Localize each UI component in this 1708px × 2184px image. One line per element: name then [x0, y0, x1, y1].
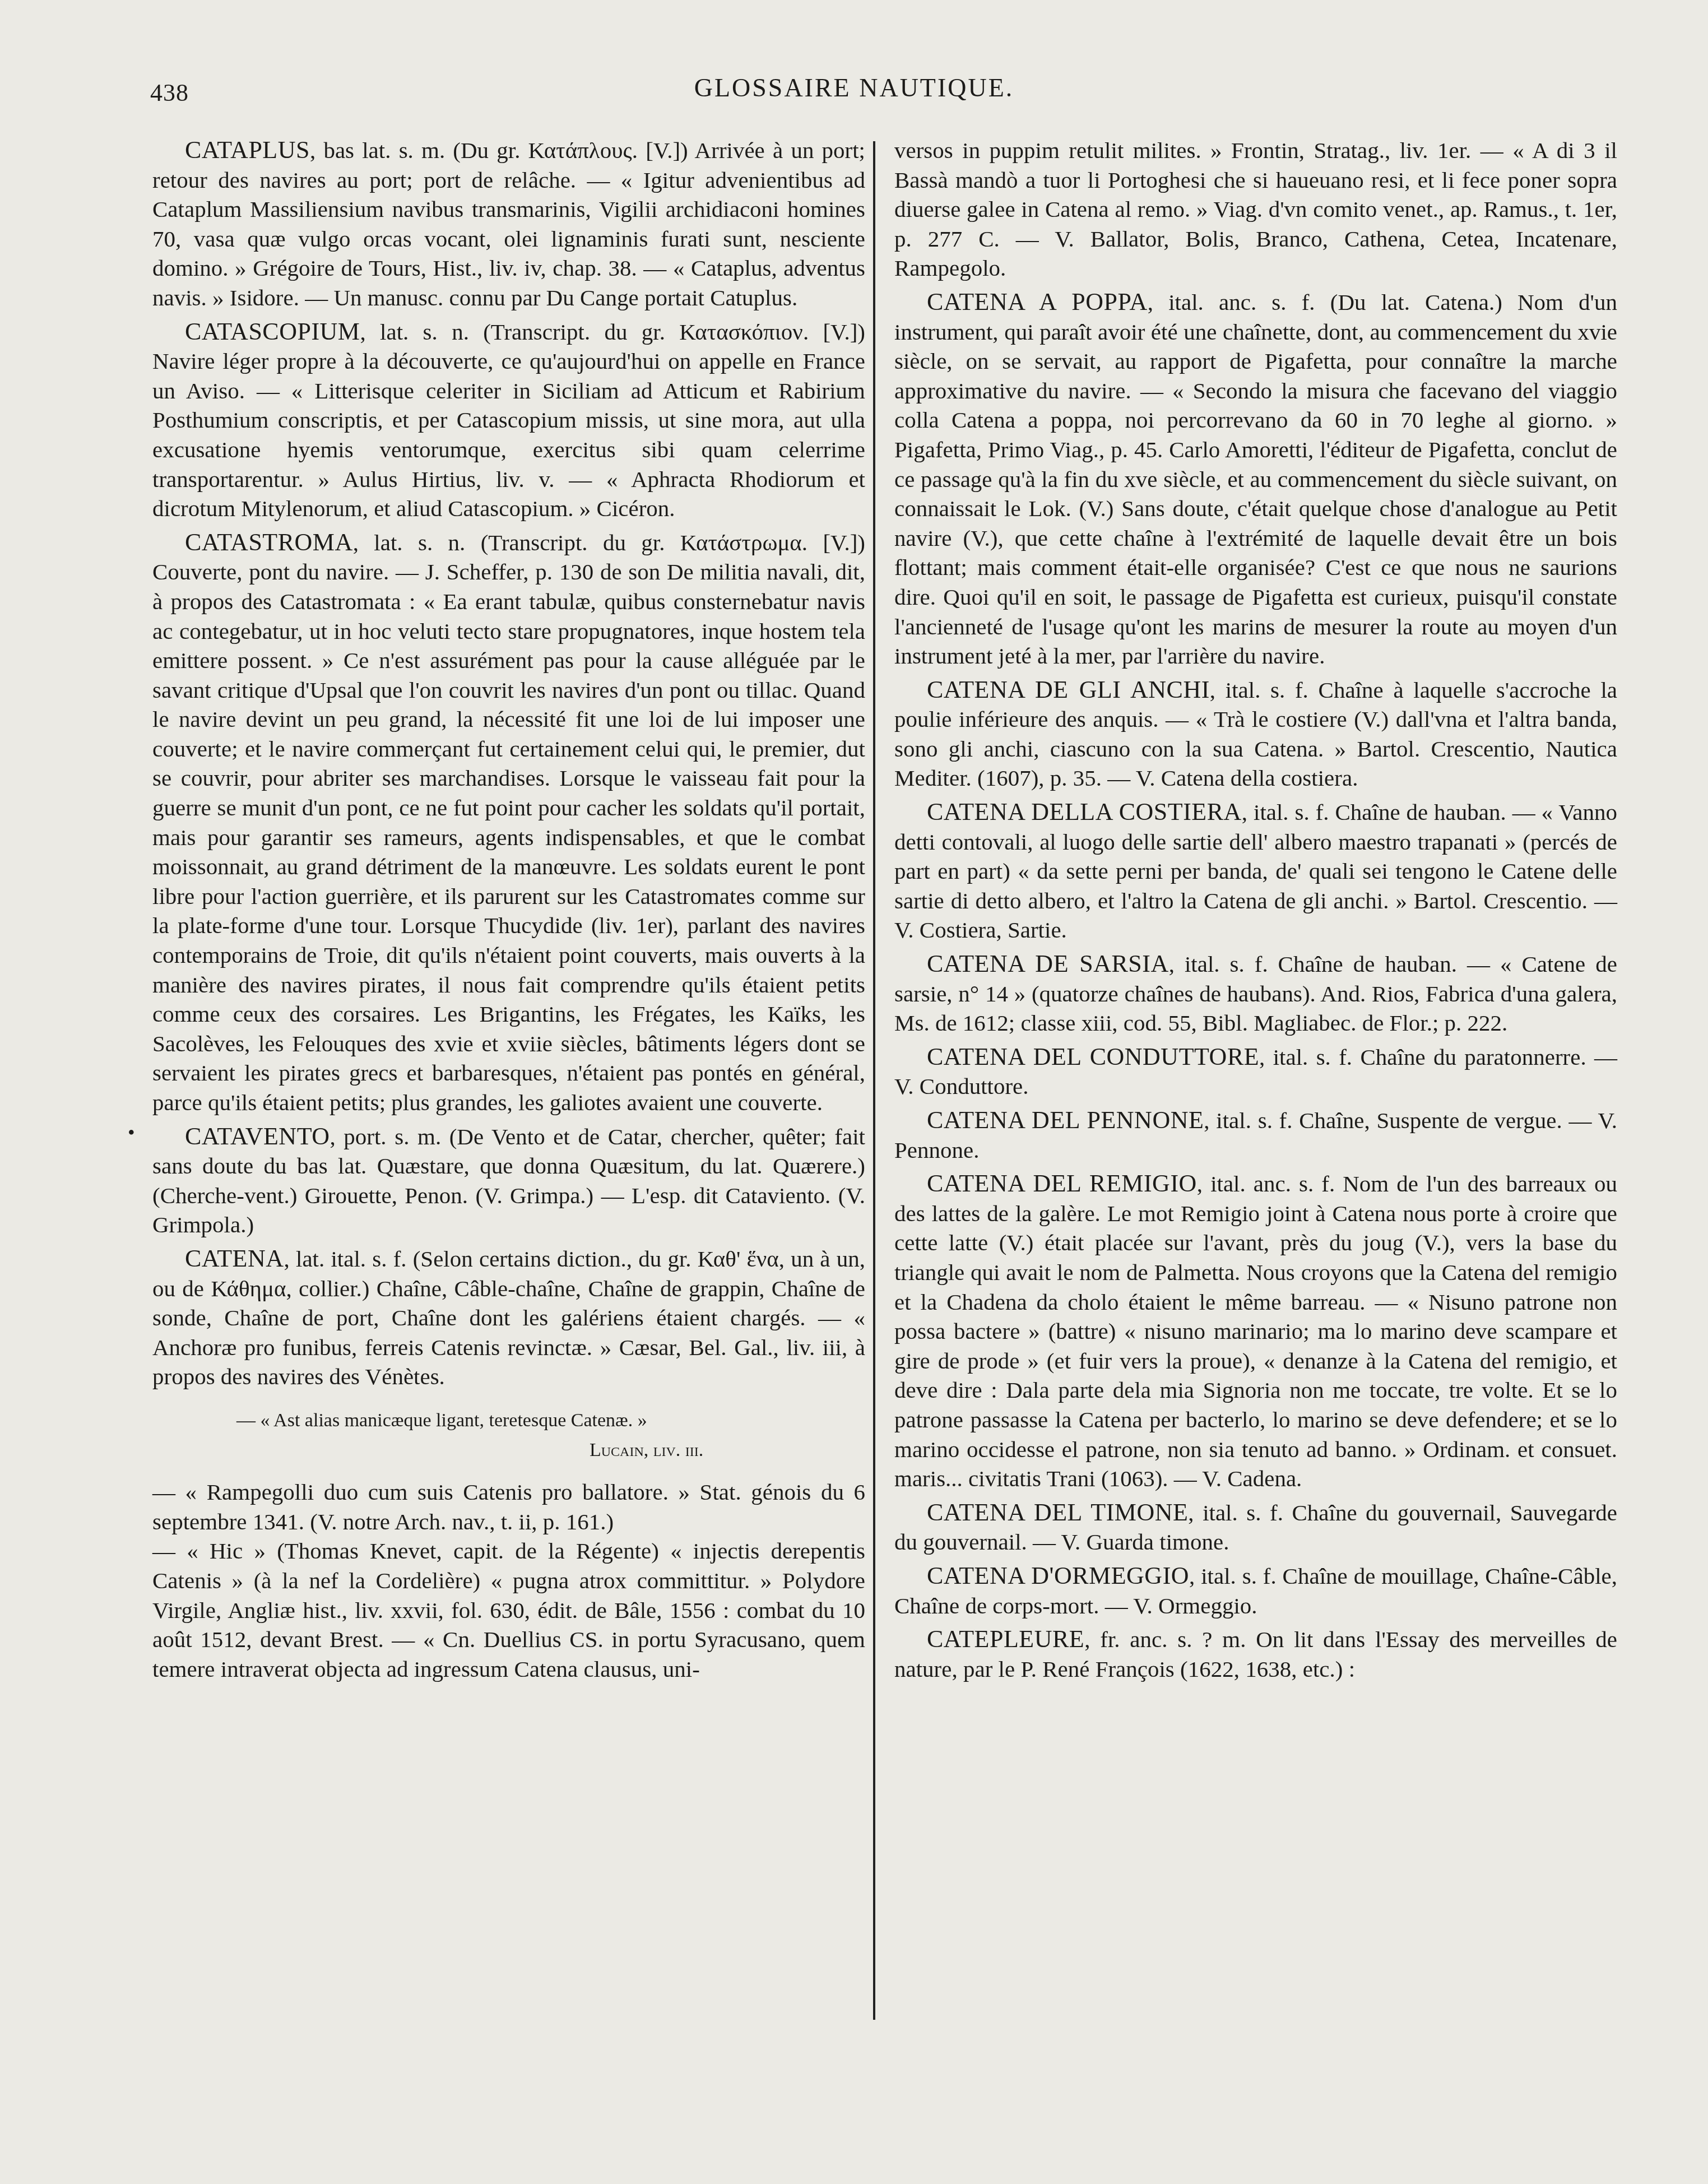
- entry-catavento: CATAVENTO, port. s. m. (De Vento et de C…: [152, 1122, 865, 1240]
- entry-catena-de-gli-anchi: CATENA DE GLI ANCHI, ital. s. f. Chaîne …: [894, 675, 1617, 793]
- verse-attribution: Lucain, liv. iii.: [152, 1436, 865, 1466]
- headword: CATEPLEURE: [927, 1625, 1084, 1653]
- headword: CATASCOPIUM: [185, 318, 360, 345]
- headword: CATENA DELLA COSTIERA: [927, 798, 1242, 826]
- headword: CATAPLUS: [185, 136, 310, 164]
- column-divider: [873, 141, 875, 2020]
- citation: — « Rampegolli duo cum suis Catenis pro …: [152, 1477, 865, 1536]
- entry-catena: CATENA, lat. ital. s. f. (Selon certains…: [152, 1244, 865, 1392]
- entry-catena-del-remigio: CATENA DEL REMIGIO, ital. anc. s. f. Nom…: [894, 1169, 1617, 1494]
- entry-cataplus: CATAPLUS, bas lat. s. m. (Du gr. Κατάπλο…: [152, 136, 865, 313]
- headword: CATENA DEL REMIGIO: [927, 1170, 1197, 1197]
- headword: CATENA DE SARSIA: [927, 950, 1169, 977]
- running-title: GLOSSAIRE NAUTIQUE.: [0, 73, 1708, 103]
- entry-text: , ital. anc. s. f. Nom de l'un des barre…: [894, 1171, 1617, 1491]
- headword: CATENA DEL PENNONE: [927, 1106, 1204, 1134]
- entry-text: , lat. s. n. (Transcript. du gr. Κατασκό…: [152, 319, 865, 522]
- entry-text: , lat. s. n. (Transcript. du gr. Κατάστρ…: [152, 530, 865, 1115]
- verse-quotation: — « Ast alias manicæque ligant, teretesq…: [152, 1406, 865, 1465]
- catena-citations: — « Rampegolli duo cum suis Catenis pro …: [152, 1477, 865, 1684]
- entry-catena-della-costiera: CATENA DELLA COSTIERA, ital. s. f. Chaîn…: [894, 797, 1617, 945]
- margin-mark: •: [128, 1121, 135, 1144]
- entry-catena-d-ormeggio: CATENA D'ORMEGGIO, ital. s. f. Chaîne de…: [894, 1561, 1617, 1620]
- entry-catastroma: CATASTROMA, lat. s. n. (Transcript. du g…: [152, 528, 865, 1117]
- entry-catascopium: CATASCOPIUM, lat. s. n. (Transcript. du …: [152, 317, 865, 523]
- headword: CATENA D'ORMEGGIO: [927, 1562, 1189, 1589]
- entry-catena-a-poppa: CATENA A POPPA, ital. anc. s. f. (Du lat…: [894, 288, 1617, 671]
- entry-continuation: versos in puppim retulit milites. » Fron…: [894, 136, 1617, 283]
- headword: CATENA DEL TIMONE: [927, 1499, 1188, 1526]
- headword: CATENA DE GLI ANCHI: [927, 676, 1210, 703]
- left-column: CATAPLUS, bas lat. s. m. (Du gr. Κατάπλο…: [152, 136, 865, 1684]
- entry-catena-del-timone: CATENA DEL TIMONE, ital. s. f. Chaîne du…: [894, 1498, 1617, 1557]
- entry-catena-de-sarsia: CATENA DE SARSIA, ital. s. f. Chaîne de …: [894, 949, 1617, 1038]
- headword: CATAVENTO: [185, 1123, 330, 1150]
- entry-text: , ital. anc. s. f. (Du lat. Catena.) Nom…: [894, 289, 1617, 669]
- entry-catena-del-pennone: CATENA DEL PENNONE, ital. s. f. Chaîne, …: [894, 1106, 1617, 1165]
- entry-catena-del-conduttore: CATENA DEL CONDUTTORE, ital. s. f. Chaîn…: [894, 1042, 1617, 1101]
- headword: CATENA A POPPA: [927, 288, 1148, 316]
- headword: CATENA DEL CONDUTTORE: [927, 1043, 1259, 1070]
- entry-catepleure: CATEPLEURE, fr. anc. s. ? m. On lit dans…: [894, 1625, 1617, 1684]
- right-column: versos in puppim retulit milites. » Fron…: [894, 136, 1617, 1688]
- verse-line: — « Ast alias manicæque ligant, teretesq…: [152, 1406, 865, 1436]
- headword: CATASTROMA: [185, 528, 353, 556]
- headword: CATENA: [185, 1245, 284, 1272]
- citation: — « Hic » (Thomas Knevet, capit. de la R…: [152, 1536, 865, 1684]
